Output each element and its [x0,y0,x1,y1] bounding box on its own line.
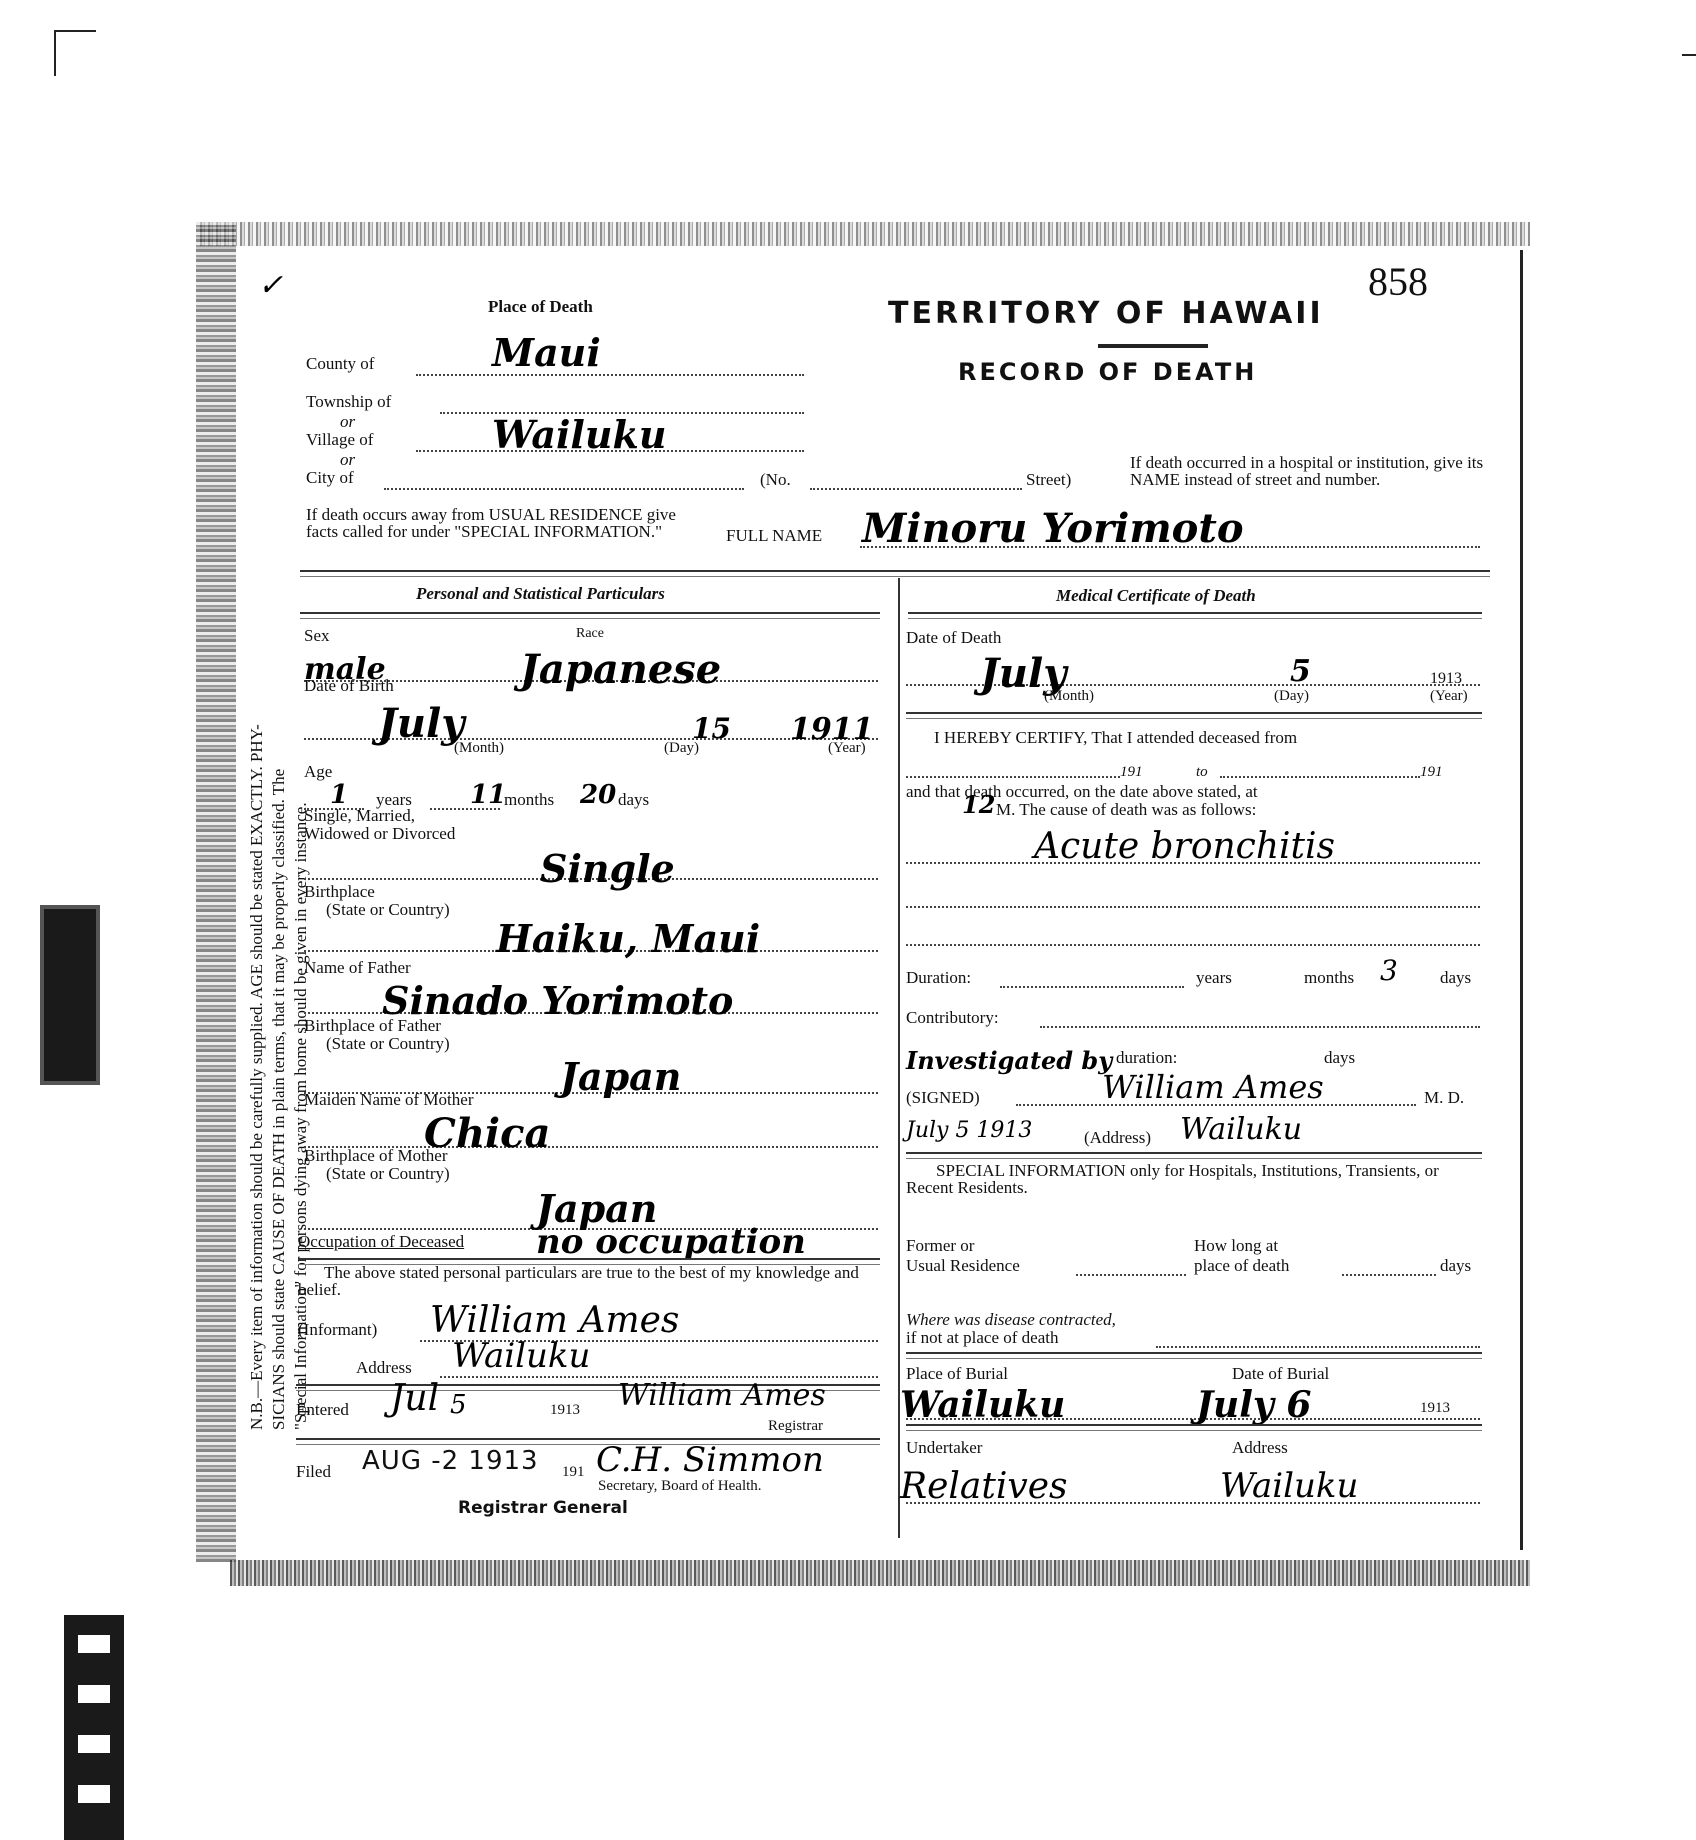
physician-rule [906,1152,1482,1159]
burial-rule [906,1424,1482,1431]
mother-birthplace-label: Birthplace of Mother [304,1146,448,1166]
death-time-value[interactable]: 12 [962,790,995,819]
entered-registrar-signature[interactable]: William Ames [618,1378,826,1413]
city-label: City of [306,468,354,488]
month-caption: (Month) [454,740,504,757]
form-right-border [1520,250,1523,1550]
days-caption: days [1440,1256,1471,1276]
binder-tab [40,905,100,1085]
county-value[interactable]: Maui [492,330,601,375]
street-line [810,488,1022,490]
undertaker-label: Undertaker [906,1438,982,1458]
burial-year-value[interactable]: 1913 [1420,1400,1450,1417]
signed-date[interactable]: July 5 1913 [906,1118,1032,1143]
torn-edge-bottom [230,1560,1530,1586]
filed-signature[interactable]: C.H. Simmon [596,1440,824,1480]
informant-address-label: Address [356,1358,412,1378]
contracted-label: Where was disease contracted, [906,1310,1116,1330]
filed-date-stamp: AUG -2 1913 [362,1446,539,1476]
medical-heading: Medical Certificate of Death [1056,586,1256,606]
village-value[interactable]: Wailuku [492,412,666,457]
sex-label: Sex [304,626,330,646]
section-divider [300,570,1490,577]
days-caption: days [618,790,649,810]
secretary-caption: Secretary, Board of Health. [598,1478,762,1495]
medical-heading-rule [908,612,1482,619]
hospital-note: If death occurred in a hospital or insti… [1130,454,1500,488]
occupation-label: Occupation of Deceased [298,1232,464,1252]
age-label: Age [304,762,332,782]
how-long-label: How long at [1194,1236,1278,1256]
father-birthplace-value[interactable]: Japan [560,1054,681,1099]
contracted-rule [906,1352,1482,1359]
year-caption: (Year) [1430,688,1468,705]
contracted-line [1156,1346,1480,1348]
cause-text: M. The cause of death was as follows: [996,800,1256,820]
registrar-caption: Registrar [768,1418,823,1435]
cause-line-3 [906,944,1480,946]
state-country-caption: (State or Country) [326,900,450,920]
burial-place-value[interactable]: Wailuku [900,1384,1065,1426]
dod-year-value[interactable]: 1913 [1430,670,1462,688]
city-line [384,488,744,490]
away-from-residence-note: If death occurs away from USUAL RESIDENC… [306,506,678,540]
place-of-death-heading: Place of Death [488,297,593,317]
full-name-value[interactable]: Minoru Yorimoto [862,505,1244,552]
attended-from-line [906,776,1120,778]
former-residence-line [1076,1274,1186,1276]
contributory-line [1040,1026,1480,1028]
street-number-label: (No. [760,470,791,490]
day-caption: (Day) [1274,688,1309,705]
dob-label: Date of Birth [304,676,394,696]
county-line [416,374,804,376]
undertaker-value[interactable]: Relatives [900,1466,1067,1507]
title-divider [1098,344,1208,348]
age-days-value[interactable]: 20 [580,780,616,810]
md-caption: M. D. [1424,1088,1464,1108]
signed-label: (SIGNED) [906,1088,980,1108]
county-label: County of [306,354,374,374]
duration-label-2: duration: [1116,1048,1177,1068]
occupation-value[interactable]: no occupation [536,1222,806,1262]
state-country-caption: (State or Country) [326,1034,450,1054]
contracted-label-2: if not at place of death [906,1328,1058,1348]
former-residence-label-2: Usual Residence [906,1256,1020,1276]
birthplace-value[interactable]: Haiku, Maui [496,916,760,961]
dob-month-value[interactable]: July [378,700,464,747]
village-label: Village of [306,430,373,450]
full-name-label: FULL NAME [726,526,822,546]
scan-corner-mark [54,30,96,76]
side-instruction-line: SICIANS should state CAUSE OF DEATH in p… [268,240,290,1430]
page-title: TERRITORY OF HAWAII [888,296,1324,331]
personal-heading-rule [300,612,880,619]
entered-year[interactable]: 1913 [550,1402,580,1419]
former-residence-label: Former or [906,1236,974,1256]
day-caption: (Day) [664,740,699,757]
state-country-caption: (State or Country) [326,1164,450,1184]
physician-address-label: (Address) [1084,1128,1151,1148]
page-subtitle: RECORD OF DEATH [958,358,1257,386]
how-long-label-2: place of death [1194,1256,1289,1276]
entered-label: Entered [296,1400,349,1420]
scan-dash-mark [1682,54,1696,56]
from-year-prefix: 191 [1120,764,1143,781]
marital-value[interactable]: Single [540,846,675,891]
binder-tab-lower [64,1615,124,1840]
days-caption: days [1440,968,1471,988]
burial-place-label: Place of Burial [906,1364,1008,1384]
dod-day-value[interactable]: 5 [1290,654,1311,689]
township-label: Township of [306,392,391,412]
to-year-prefix: 191 [1420,764,1443,781]
father-name-label: Name of Father [304,958,411,978]
age-months-value[interactable]: 11 [470,780,506,810]
to-label: to [1196,764,1208,781]
marital-label: Single, Married, [304,806,415,826]
filed-year-prefix: 191 [562,1464,585,1481]
months-caption: months [504,790,554,810]
or-label: or [340,450,355,470]
street-label: Street) [1026,470,1071,490]
investigated-note[interactable]: Investigated by [906,1046,1112,1075]
torn-edge-left [196,222,236,1562]
duration-label: Duration: [906,968,971,988]
entered-day[interactable]: 5 [450,1390,467,1420]
undertaker-address-value[interactable]: Wailuku [1220,1466,1358,1506]
race-value[interactable]: Japanese [520,646,721,693]
attended-to-line [1220,776,1420,778]
birthplace-label: Birthplace [304,882,375,902]
registrar-general-caption: Registrar General [458,1498,628,1518]
months-caption: months [1304,968,1354,988]
days-caption: days [1324,1048,1355,1068]
duration-days-value[interactable]: 3 [1380,954,1398,987]
attestation-text: The above stated personal particulars ar… [298,1264,878,1298]
personal-heading: Personal and Statistical Particulars [416,584,665,604]
informant-address-value[interactable]: Wailuku [452,1336,590,1376]
dod-rule [906,712,1482,719]
cause-of-death-value[interactable]: Acute bronchitis [1034,826,1335,867]
burial-date-value[interactable]: July 6 [1196,1384,1311,1426]
duration-years-line [1000,986,1184,988]
special-information-note: SPECIAL INFORMATION only for Hospitals, … [906,1162,1480,1196]
informant-signature[interactable]: William Ames [430,1300,679,1341]
month-caption: (Month) [1044,688,1094,705]
filed-label: Filed [296,1462,331,1482]
dod-label: Date of Death [906,628,1001,648]
physician-address-value[interactable]: Wailuku [1180,1112,1302,1147]
side-instruction-line: N.B.—Every item of information should be… [246,240,268,1430]
year-caption: (Year) [828,740,866,757]
mother-name-label: Maiden Name of Mother [304,1090,473,1110]
certify-text: I HEREBY CERTIFY, That I attended deceas… [934,728,1297,748]
physician-signature[interactable]: William Ames [1102,1068,1324,1106]
occurred-text: and that death occurred, on the date abo… [906,782,1258,802]
burial-date-label: Date of Burial [1232,1364,1329,1384]
years-caption: years [1196,968,1232,988]
father-birthplace-label: Birthplace of Father [304,1016,441,1036]
undertaker-address-label: Address [1232,1438,1288,1458]
torn-edge-top [200,222,1530,246]
contributory-label: Contributory: [906,1008,999,1028]
check-mark-icon: ✓ [258,268,283,303]
or-label: or [340,412,355,432]
marital-label-2: Widowed or Divorced [304,824,455,844]
informant-label: (Informant) [298,1320,377,1340]
how-long-line [1342,1274,1436,1276]
entered-month[interactable]: Jul [390,1378,439,1419]
cause-line-2 [906,906,1480,908]
race-label: Race [576,626,604,642]
record-number: 858 [1368,258,1428,305]
